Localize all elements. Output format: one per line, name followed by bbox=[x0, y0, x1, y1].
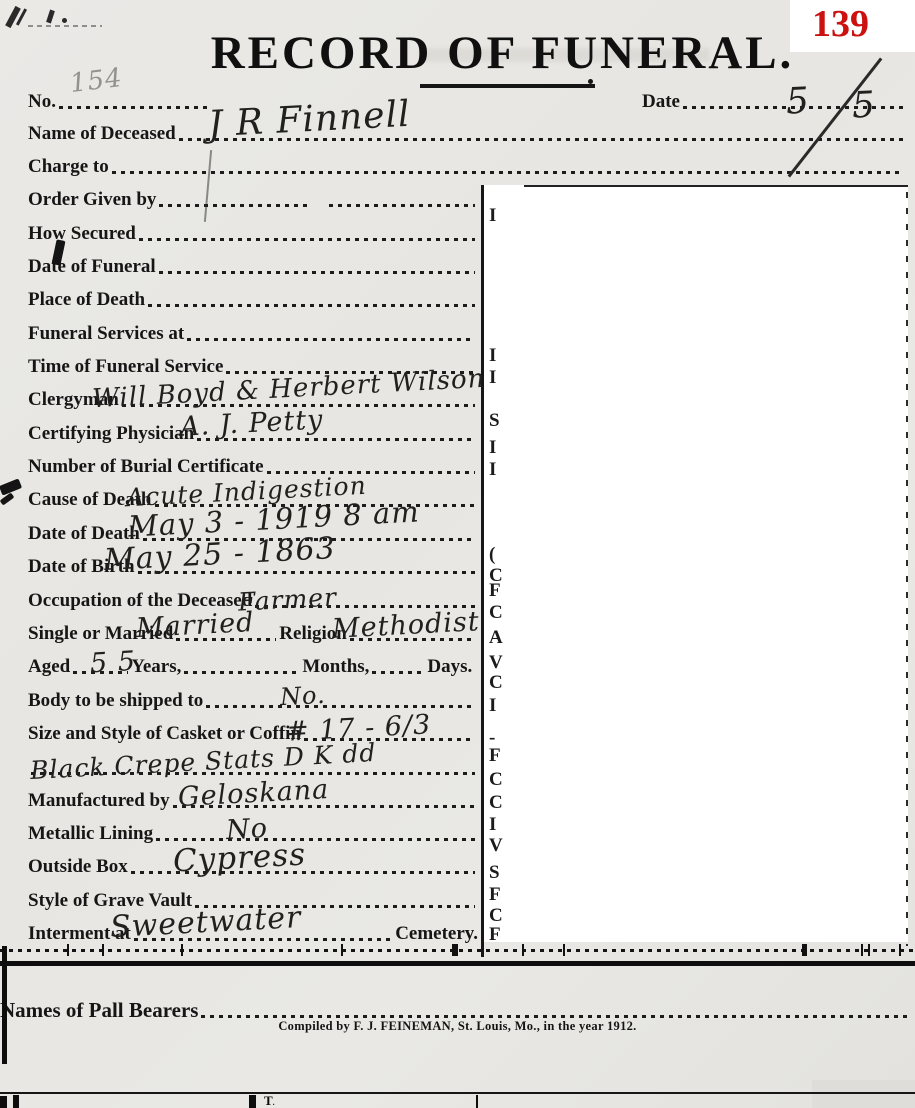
covered-letter-fragment: A bbox=[489, 627, 503, 649]
bottom-strip-t-mark: T. bbox=[264, 1093, 275, 1108]
ruler-tick bbox=[102, 944, 104, 956]
field-label-no: No. bbox=[28, 91, 56, 113]
field-label-aged: Aged bbox=[28, 656, 70, 678]
handwriting-body_to_be_shipped_to: No. bbox=[279, 683, 326, 709]
pall-bearers-row: Names of Pall Bearers bbox=[0, 992, 915, 1022]
page-number-stamp: 139 bbox=[812, 2, 869, 46]
field-row-place_of_death: Place of Death bbox=[28, 284, 478, 311]
field-label-date_of_funeral: Date of Funeral bbox=[28, 256, 156, 278]
handwriting-no: 154 bbox=[69, 65, 124, 97]
field-label-certifying_physician: Certifying Physician bbox=[28, 423, 194, 445]
bottom-strip-mark bbox=[13, 1095, 19, 1108]
field-label-interment_at-label2: Cemetery. bbox=[395, 923, 478, 945]
compiled-by-line: Compiled by F. J. FEINEMAN, St. Louis, M… bbox=[0, 1019, 915, 1034]
leader-line bbox=[184, 671, 299, 674]
leader-line bbox=[201, 1015, 912, 1018]
field-label-place_of_death: Place of Death bbox=[28, 289, 145, 311]
ruler-tick bbox=[452, 944, 458, 956]
blank-overlay-card bbox=[484, 185, 908, 942]
leader-line bbox=[206, 705, 475, 708]
handwriting-manufactured_by: Geloskana bbox=[177, 776, 329, 811]
ruler-tick bbox=[861, 944, 863, 956]
leader-line bbox=[139, 238, 475, 241]
field-label-time_of_funeral_service: Time of Funeral Service bbox=[28, 356, 223, 378]
pencil-dashed-line bbox=[28, 25, 102, 27]
bottom-strip-mark bbox=[476, 1095, 478, 1108]
field-row-no_date: No.Date bbox=[28, 86, 907, 113]
covered-letter-fragment: I bbox=[489, 814, 496, 836]
handwriting-certifying_physician: A. J. Petty bbox=[179, 406, 324, 440]
leader-line bbox=[159, 204, 309, 207]
field-label-aged-label3: Months, bbox=[302, 656, 369, 678]
handwriting-outside_box: Cypress bbox=[172, 840, 307, 878]
covered-letter-fragment: I bbox=[489, 459, 496, 481]
covered-letter-fragment: C bbox=[489, 792, 503, 814]
bottom-strip-mark bbox=[249, 1095, 256, 1108]
field-label-manufactured_by: Manufactured by bbox=[28, 790, 170, 812]
leader-line bbox=[329, 204, 475, 207]
field-label-charge_to: Charge to bbox=[28, 156, 109, 178]
overlay-top-edge-line bbox=[524, 185, 908, 187]
handwriting-name: J R Finnell bbox=[207, 97, 411, 144]
field-label-funeral_services_at: Funeral Services at bbox=[28, 323, 184, 345]
field-label-aged-label2: Years, bbox=[131, 656, 181, 678]
handwriting-single_or_married: Married bbox=[135, 609, 255, 642]
overlay-left-edge-line bbox=[481, 185, 484, 957]
ruler-tick bbox=[341, 944, 343, 956]
leader-line bbox=[112, 171, 904, 174]
handwriting-single_or_married-2: Methodist bbox=[331, 608, 480, 643]
field-label-number_of_burial_certificate: Number of Burial Certificate bbox=[28, 456, 264, 478]
field-row-body_to_be_shipped_to: Body to be shipped to bbox=[28, 685, 478, 712]
covered-letter-fragment: I bbox=[489, 205, 496, 227]
field-row-name: Name of Deceased bbox=[28, 118, 907, 145]
field-row-date_of_funeral: Date of Funeral bbox=[28, 251, 478, 278]
covered-letter-fragment: C bbox=[489, 672, 503, 694]
covered-letter-fragment: ( bbox=[489, 544, 495, 566]
field-row-how_secured: How Secured bbox=[28, 218, 478, 245]
covered-letter-fragment: F bbox=[489, 924, 501, 946]
leader-line bbox=[159, 271, 475, 274]
heavy-divider-line bbox=[0, 961, 915, 966]
covered-letter-fragment: I bbox=[489, 695, 496, 717]
scan-light-patch bbox=[812, 1080, 915, 1108]
covered-letter-fragment: I bbox=[489, 345, 496, 367]
ruler-tick bbox=[802, 944, 807, 956]
field-label-date: Date bbox=[642, 91, 680, 113]
pencil-mark bbox=[46, 10, 55, 24]
field-label-metallic_lining: Metallic Lining bbox=[28, 823, 153, 845]
field-row-order_given_by: Order Given by bbox=[28, 184, 478, 211]
covered-letter-fragment: C bbox=[489, 602, 503, 624]
covered-letter-fragment: F bbox=[489, 745, 501, 767]
ruler-tick bbox=[563, 944, 565, 956]
ruler-tick bbox=[899, 944, 901, 956]
field-row-funeral_services_at: Funeral Services at bbox=[28, 318, 478, 345]
title-underline-dot bbox=[588, 79, 593, 84]
pencil-mark bbox=[62, 18, 67, 23]
field-label-name: Name of Deceased bbox=[28, 123, 176, 145]
leader-line bbox=[187, 338, 475, 341]
field-label-how_secured: How Secured bbox=[28, 223, 136, 245]
page-right-edge-dashes bbox=[906, 192, 908, 946]
funeral-record-page: RECORD OF FUNERAL. 139 No.DateName of De… bbox=[0, 0, 915, 1108]
ruler-tick bbox=[67, 944, 69, 956]
covered-letter-fragment: F bbox=[489, 884, 501, 906]
covered-letter-fragment: S bbox=[489, 410, 500, 432]
handwriting-date: 5 bbox=[785, 83, 811, 120]
bottom-strip-mark bbox=[0, 1096, 7, 1108]
field-row-charge_to: Charge to bbox=[28, 151, 907, 178]
ruler-tick bbox=[181, 944, 183, 956]
covered-letter-fragment: I bbox=[489, 437, 496, 459]
ruler-tick bbox=[522, 944, 524, 956]
covered-letter-fragment: C bbox=[489, 769, 503, 791]
field-label-aged-label4: Days. bbox=[427, 656, 472, 678]
handwriting-aged: 5 5 bbox=[89, 648, 136, 677]
ruler-tick bbox=[868, 944, 870, 956]
field-label-order_given_by: Order Given by bbox=[28, 189, 156, 211]
leader-line bbox=[372, 671, 424, 674]
covered-letter-fragment: I bbox=[489, 367, 496, 389]
field-label-casket: Size and Style of Casket or Coffin bbox=[28, 723, 301, 745]
row-gap bbox=[312, 210, 326, 211]
field-label-body_to_be_shipped_to: Body to be shipped to bbox=[28, 690, 203, 712]
covered-letter-fragment: S bbox=[489, 862, 500, 884]
covered-letter-fragment: F bbox=[489, 580, 501, 602]
leader-line bbox=[148, 304, 475, 307]
field-label-outside_box: Outside Box bbox=[28, 856, 128, 878]
leader-line bbox=[156, 838, 475, 841]
bottom-rule-line bbox=[0, 1092, 915, 1094]
leader-line bbox=[59, 106, 207, 109]
covered-letter-fragment: V bbox=[489, 652, 503, 674]
covered-letter-fragment: V bbox=[489, 835, 503, 857]
left-border-bar bbox=[2, 946, 7, 1064]
field-row-number_of_burial_certificate: Number of Burial Certificate bbox=[28, 451, 478, 478]
